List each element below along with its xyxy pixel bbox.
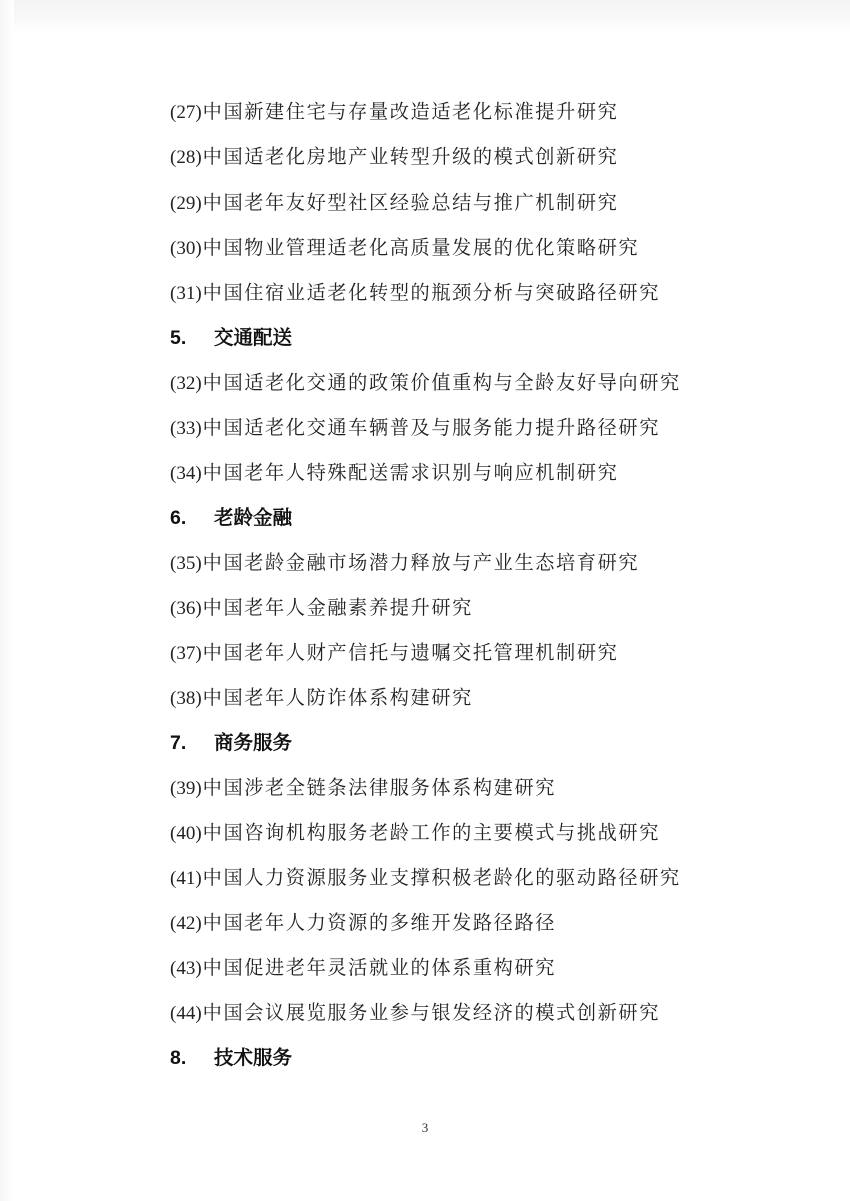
topic-item: (42)中国老年人力资源的多维开发路径路径 <box>170 908 556 938</box>
topic-item: (44)中国会议展览服务业参与银发经济的模式创新研究 <box>170 998 660 1028</box>
item-title: 中国咨询机构服务老龄工作的主要模式与挑战研究 <box>203 821 660 844</box>
item-number: (27) <box>170 102 202 123</box>
item-title: 中国老年人金融素养提升研究 <box>203 596 473 619</box>
topic-item: (39)中国涉老全链条法律服务体系构建研究 <box>170 773 556 803</box>
section-heading: 6.老龄金融 <box>170 503 292 533</box>
item-title: 中国涉老全链条法律服务体系构建研究 <box>203 776 556 799</box>
topic-item: (34)中国老年人特殊配送需求识别与响应机制研究 <box>170 458 618 488</box>
item-title: 中国适老化交通的政策价值重构与全龄友好导向研究 <box>203 371 681 394</box>
topic-item: (38)中国老年人防诈体系构建研究 <box>170 683 473 713</box>
item-title: 中国老年友好型社区经验总结与推广机制研究 <box>203 191 619 214</box>
topic-item: (30)中国物业管理适老化高质量发展的优化策略研究 <box>170 233 639 263</box>
item-title: 中国促进老年灵活就业的体系重构研究 <box>203 956 556 979</box>
section-title: 交通配送 <box>214 326 292 349</box>
item-number: (43) <box>170 958 202 979</box>
item-number: (40) <box>170 823 202 844</box>
section-number: 6. <box>170 503 214 533</box>
topic-item: (37)中国老年人财产信托与遗嘱交托管理机制研究 <box>170 638 618 668</box>
section-title: 老龄金融 <box>214 506 292 529</box>
item-number: (38) <box>170 688 202 709</box>
item-number: (34) <box>170 463 202 484</box>
section-number: 5. <box>170 323 214 353</box>
topic-item: (29)中国老年友好型社区经验总结与推广机制研究 <box>170 188 618 218</box>
section-title: 商务服务 <box>214 731 292 754</box>
item-number: (42) <box>170 913 202 934</box>
topic-item: (36)中国老年人金融素养提升研究 <box>170 593 473 623</box>
item-title: 中国老年人财产信托与遗嘱交托管理机制研究 <box>203 641 619 664</box>
topic-item: (32)中国适老化交通的政策价值重构与全龄友好导向研究 <box>170 368 681 398</box>
item-number: (29) <box>170 193 202 214</box>
topic-item: (31)中国住宿业适老化转型的瓶颈分析与突破路径研究 <box>170 278 660 308</box>
section-number: 7. <box>170 728 214 758</box>
topic-item: (33)中国适老化交通车辆普及与服务能力提升路径研究 <box>170 413 660 443</box>
item-number: (32) <box>170 373 202 394</box>
item-title: 中国老年人特殊配送需求识别与响应机制研究 <box>203 461 619 484</box>
item-title: 中国适老化房地产业转型升级的模式创新研究 <box>203 145 619 168</box>
item-title: 中国住宿业适老化转型的瓶颈分析与突破路径研究 <box>203 281 660 304</box>
page-number: 3 <box>0 1120 850 1136</box>
topic-item: (43)中国促进老年灵活就业的体系重构研究 <box>170 953 556 983</box>
item-title: 中国人力资源服务业支撑积极老龄化的驱动路径研究 <box>203 866 681 889</box>
item-number: (28) <box>170 147 202 168</box>
item-number: (44) <box>170 1003 202 1024</box>
scan-edge-shadow-left <box>0 0 14 1201</box>
item-title: 中国新建住宅与存量改造适老化标准提升研究 <box>203 100 619 123</box>
item-number: (30) <box>170 238 202 259</box>
item-number: (39) <box>170 778 202 799</box>
topic-item: (41)中国人力资源服务业支撑积极老龄化的驱动路径研究 <box>170 863 681 893</box>
scan-edge-shadow <box>0 0 850 36</box>
topic-item: (27)中国新建住宅与存量改造适老化标准提升研究 <box>170 97 618 127</box>
item-number: (36) <box>170 598 202 619</box>
item-title: 中国老年人防诈体系构建研究 <box>203 686 473 709</box>
item-title: 中国适老化交通车辆普及与服务能力提升路径研究 <box>203 416 660 439</box>
section-heading: 8.技术服务 <box>170 1043 292 1073</box>
item-number: (35) <box>170 553 202 574</box>
section-number: 8. <box>170 1043 214 1073</box>
item-title: 中国老年人力资源的多维开发路径路径 <box>203 911 556 934</box>
section-heading: 5.交通配送 <box>170 323 292 353</box>
item-number: (37) <box>170 643 202 664</box>
item-number: (41) <box>170 868 202 889</box>
item-title: 中国物业管理适老化高质量发展的优化策略研究 <box>203 236 640 259</box>
item-title: 中国会议展览服务业参与银发经济的模式创新研究 <box>203 1001 660 1024</box>
topic-item: (35)中国老龄金融市场潜力释放与产业生态培育研究 <box>170 548 639 578</box>
section-title: 技术服务 <box>214 1046 292 1069</box>
section-heading: 7.商务服务 <box>170 728 292 758</box>
item-number: (33) <box>170 418 202 439</box>
item-title: 中国老龄金融市场潜力释放与产业生态培育研究 <box>203 551 640 574</box>
topic-item: (40)中国咨询机构服务老龄工作的主要模式与挑战研究 <box>170 818 660 848</box>
topic-item: (28)中国适老化房地产业转型升级的模式创新研究 <box>170 142 618 172</box>
item-number: (31) <box>170 283 202 304</box>
